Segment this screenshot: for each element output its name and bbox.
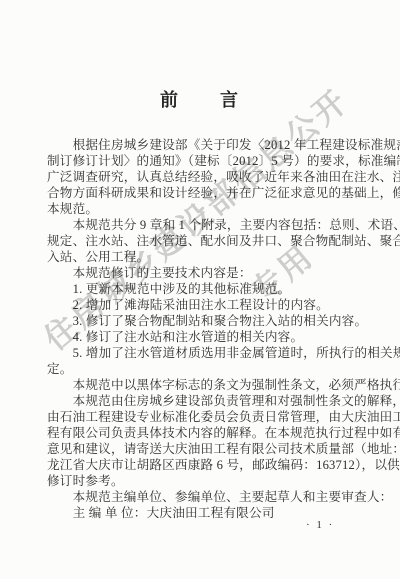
body-line: 合物方面科研成果和设计经验，并在广泛征求意见的基础上，修订: [47, 185, 355, 201]
body-line: 本规范主编单位、参编单位、主要起草人和主要审查人：: [47, 489, 355, 505]
body-line: 入站、公用工程。: [47, 249, 355, 265]
body-line: 本规范修订的主要技术内容是：: [47, 265, 355, 281]
body-line: 本规范由住房城乡建设部负责管理和对强制性条文的解释，: [47, 393, 355, 409]
body-line: 定。: [47, 361, 355, 377]
body-line: 由石油工程建设专业标准化委员会负责日常管理，由大庆油田工: [47, 409, 355, 425]
body-line: 意见和建议，请寄送大庆油田工程有限公司技术质量部（地址：黑: [47, 441, 355, 457]
body-line: 5. 增加了注水管道材质选用非金属管道时，所执行的相关规: [47, 345, 355, 361]
body-line: 制订修订计划〉的通知》（建标〔2012〕5 号）的要求，标准编制组经: [47, 153, 355, 169]
body-line: 修订时参考。: [47, 473, 355, 489]
body-line: 3. 修订了聚合物配制站和聚合物注入站的相关内容。: [47, 313, 355, 329]
page-content: 前 言 根据住房城乡建设部《关于印发〈2012 年工程建设标准规范制订修订计划〉…: [0, 0, 400, 579]
body-line: 本规范。: [47, 201, 355, 217]
body-line: 本规范共分 9 章和 1 个附录，主要内容包括：总则、术语、基本: [47, 217, 355, 233]
body-line: 4. 修订了注水站和注水管道的相关内容。: [47, 329, 355, 345]
body-line: 本规范中以黑体字标志的条文为强制性条文，必须严格执行。: [47, 377, 355, 393]
body-line: 2. 增加了滩海陆采油田注水工程设计的内容。: [47, 297, 355, 313]
body-line: 规定、注水站、注水管道、配水间及井口、聚合物配制站、聚合物注: [47, 233, 355, 249]
document-page: 住房城乡建设部信息公开 专用 前 言 根据住房城乡建设部《关于印发〈2012 年…: [0, 0, 400, 579]
body-line: 1. 更新本规范中涉及的其他标准规范。: [47, 281, 355, 297]
body-line: 龙江省大庆市让胡路区西康路 6 号，邮政编码：163712），以供今后: [47, 457, 355, 473]
page-title: 前 言: [0, 86, 400, 112]
foreword-body: 根据住房城乡建设部《关于印发〈2012 年工程建设标准规范制订修订计划〉的通知》…: [47, 137, 355, 521]
body-line: 广泛调查研究，认真总结经验，吸收了近年来各油田在注水、注聚: [47, 169, 355, 185]
page-number: · 1 ·: [306, 519, 334, 531]
body-line: 根据住房城乡建设部《关于印发〈2012 年工程建设标准规范: [47, 137, 355, 153]
body-line: 程有限公司负责具体技术内容的解释。在本规范执行过程中如有: [47, 425, 355, 441]
